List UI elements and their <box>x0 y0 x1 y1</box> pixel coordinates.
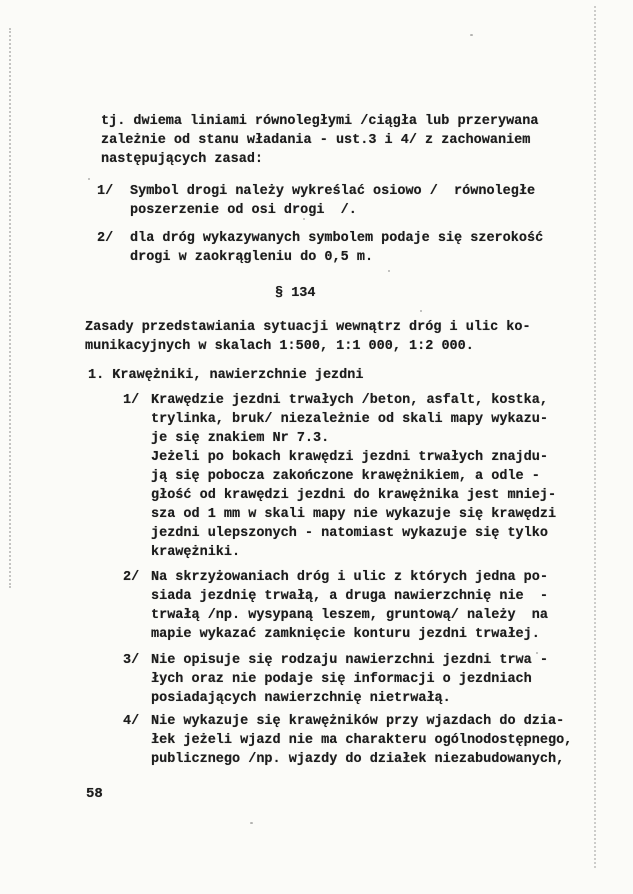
text-line: Nie opisuje się rodzaju nawierzchni jezd… <box>151 651 548 670</box>
text-line: głość od krawędzi jezdni do krawężnika j… <box>151 486 556 505</box>
document-page: tj. dwiema liniami równoległymi /ciągła … <box>0 0 633 894</box>
item-text: Krawędzie jezdni trwałych /beton, asfalt… <box>151 391 556 562</box>
item-marker: 3/ <box>123 651 151 708</box>
subsection-item-2: 2/ Na skrzyżowaniach dróg i ulic z który… <box>123 568 548 644</box>
text-line: munikacyjnych w skalach 1:500, 1:1 000, … <box>85 337 531 356</box>
text-line: trylinka, bruk/ niezależnie od skali map… <box>151 410 556 429</box>
text-line: zależnie od stanu władania - ust.3 i 4/ … <box>101 131 538 150</box>
text-line: łek jeżeli wjazd nie ma charakteru ogóln… <box>151 731 572 750</box>
scan-speckle <box>420 310 422 312</box>
item-marker: 1/ <box>123 391 151 562</box>
item-text: Nie opisuje się rodzaju nawierzchni jezd… <box>151 651 548 708</box>
text-line: Na skrzyżowaniach dróg i ulic z których … <box>151 568 548 587</box>
text-line: sza od 1 mm w skali mapy nie wykazuje si… <box>151 505 556 524</box>
item-text: Nie wykazuje się krawężników przy wjazda… <box>151 712 572 769</box>
section-intro-paragraph: Zasady przedstawiania sytuacji wewnątrz … <box>85 318 531 356</box>
item-marker: 2/ <box>97 229 130 267</box>
text-line: drogi w zaokrągleniu do 0,5 m. <box>130 248 543 267</box>
text-line: trwałą /np. wysypaną leszem, gruntową/ n… <box>151 606 548 625</box>
item-marker: 2/ <box>123 568 151 644</box>
text-line: krawężniki. <box>151 543 556 562</box>
text-line: Krawędzie jezdni trwałych /beton, asfalt… <box>151 391 556 410</box>
rule-item-1: 1/ Symbol drogi należy wykreślać osiowo … <box>97 182 535 220</box>
text-line: łych oraz nie podaje się informacji o je… <box>151 670 548 689</box>
item-text: Symbol drogi należy wykreślać osiowo / r… <box>130 182 535 220</box>
item-text: dla dróg wykazywanych symbolem podaje si… <box>130 229 543 267</box>
scan-artifact-left-edge <box>9 28 11 588</box>
text-line: Nie wykazuje się krawężników przy wjazda… <box>151 712 572 731</box>
text-line: poszerzenie od osi drogi /. <box>130 201 535 220</box>
text-line: posiadających nawierzchnię nietrwałą. <box>151 689 548 708</box>
scan-artifact-right-edge <box>594 6 596 868</box>
text-line: Zasady przedstawiania sytuacji wewnątrz … <box>85 318 531 337</box>
subsection-item-3: 3/ Nie opisuje się rodzaju nawierzchni j… <box>123 651 548 708</box>
text-line: siada jezdnię trwałą, a druga nawierzchn… <box>151 587 548 606</box>
subsection-heading: 1. Krawężniki, nawierzchnie jezdni <box>88 366 363 385</box>
subsection-item-4: 4/ Nie wykazuje się krawężników przy wja… <box>123 712 572 769</box>
page-number: 58 <box>86 786 103 802</box>
text-line: Symbol drogi należy wykreślać osiowo / r… <box>130 182 535 201</box>
text-line: ją się pobocza zakończone krawężnikiem, … <box>151 467 556 486</box>
text-line: następujących zasad: <box>101 150 538 169</box>
scan-speckle <box>250 822 253 824</box>
scan-speckle <box>388 270 390 272</box>
item-text: Na skrzyżowaniach dróg i ulic z których … <box>151 568 548 644</box>
text-line: dla dróg wykazywanych symbolem podaje si… <box>130 229 543 248</box>
scan-speckle <box>470 34 473 36</box>
text-line: jezdni ulepszonych - natomiast wykazuje … <box>151 524 556 543</box>
scan-speckle <box>88 178 90 180</box>
text-line: publicznego /np. wjazdy do działek nieza… <box>151 750 572 769</box>
text-line: je się znakiem Nr 7.3. <box>151 429 556 448</box>
text-line: tj. dwiema liniami równoległymi /ciągła … <box>101 112 538 131</box>
text-line: mapie wykazać zamknięcie konturu jezdni … <box>151 625 548 644</box>
subsection-item-1: 1/ Krawędzie jezdni trwałych /beton, asf… <box>123 391 556 562</box>
item-marker: 4/ <box>123 712 151 769</box>
section-heading: § 134 <box>275 284 316 303</box>
intro-paragraph: tj. dwiema liniami równoległymi /ciągła … <box>101 112 538 169</box>
rule-item-2: 2/ dla dróg wykazywanych symbolem podaje… <box>97 229 543 267</box>
item-marker: 1/ <box>97 182 130 220</box>
text-line: Jeżeli po bokach krawędzi jezdni trwałyc… <box>151 448 556 467</box>
